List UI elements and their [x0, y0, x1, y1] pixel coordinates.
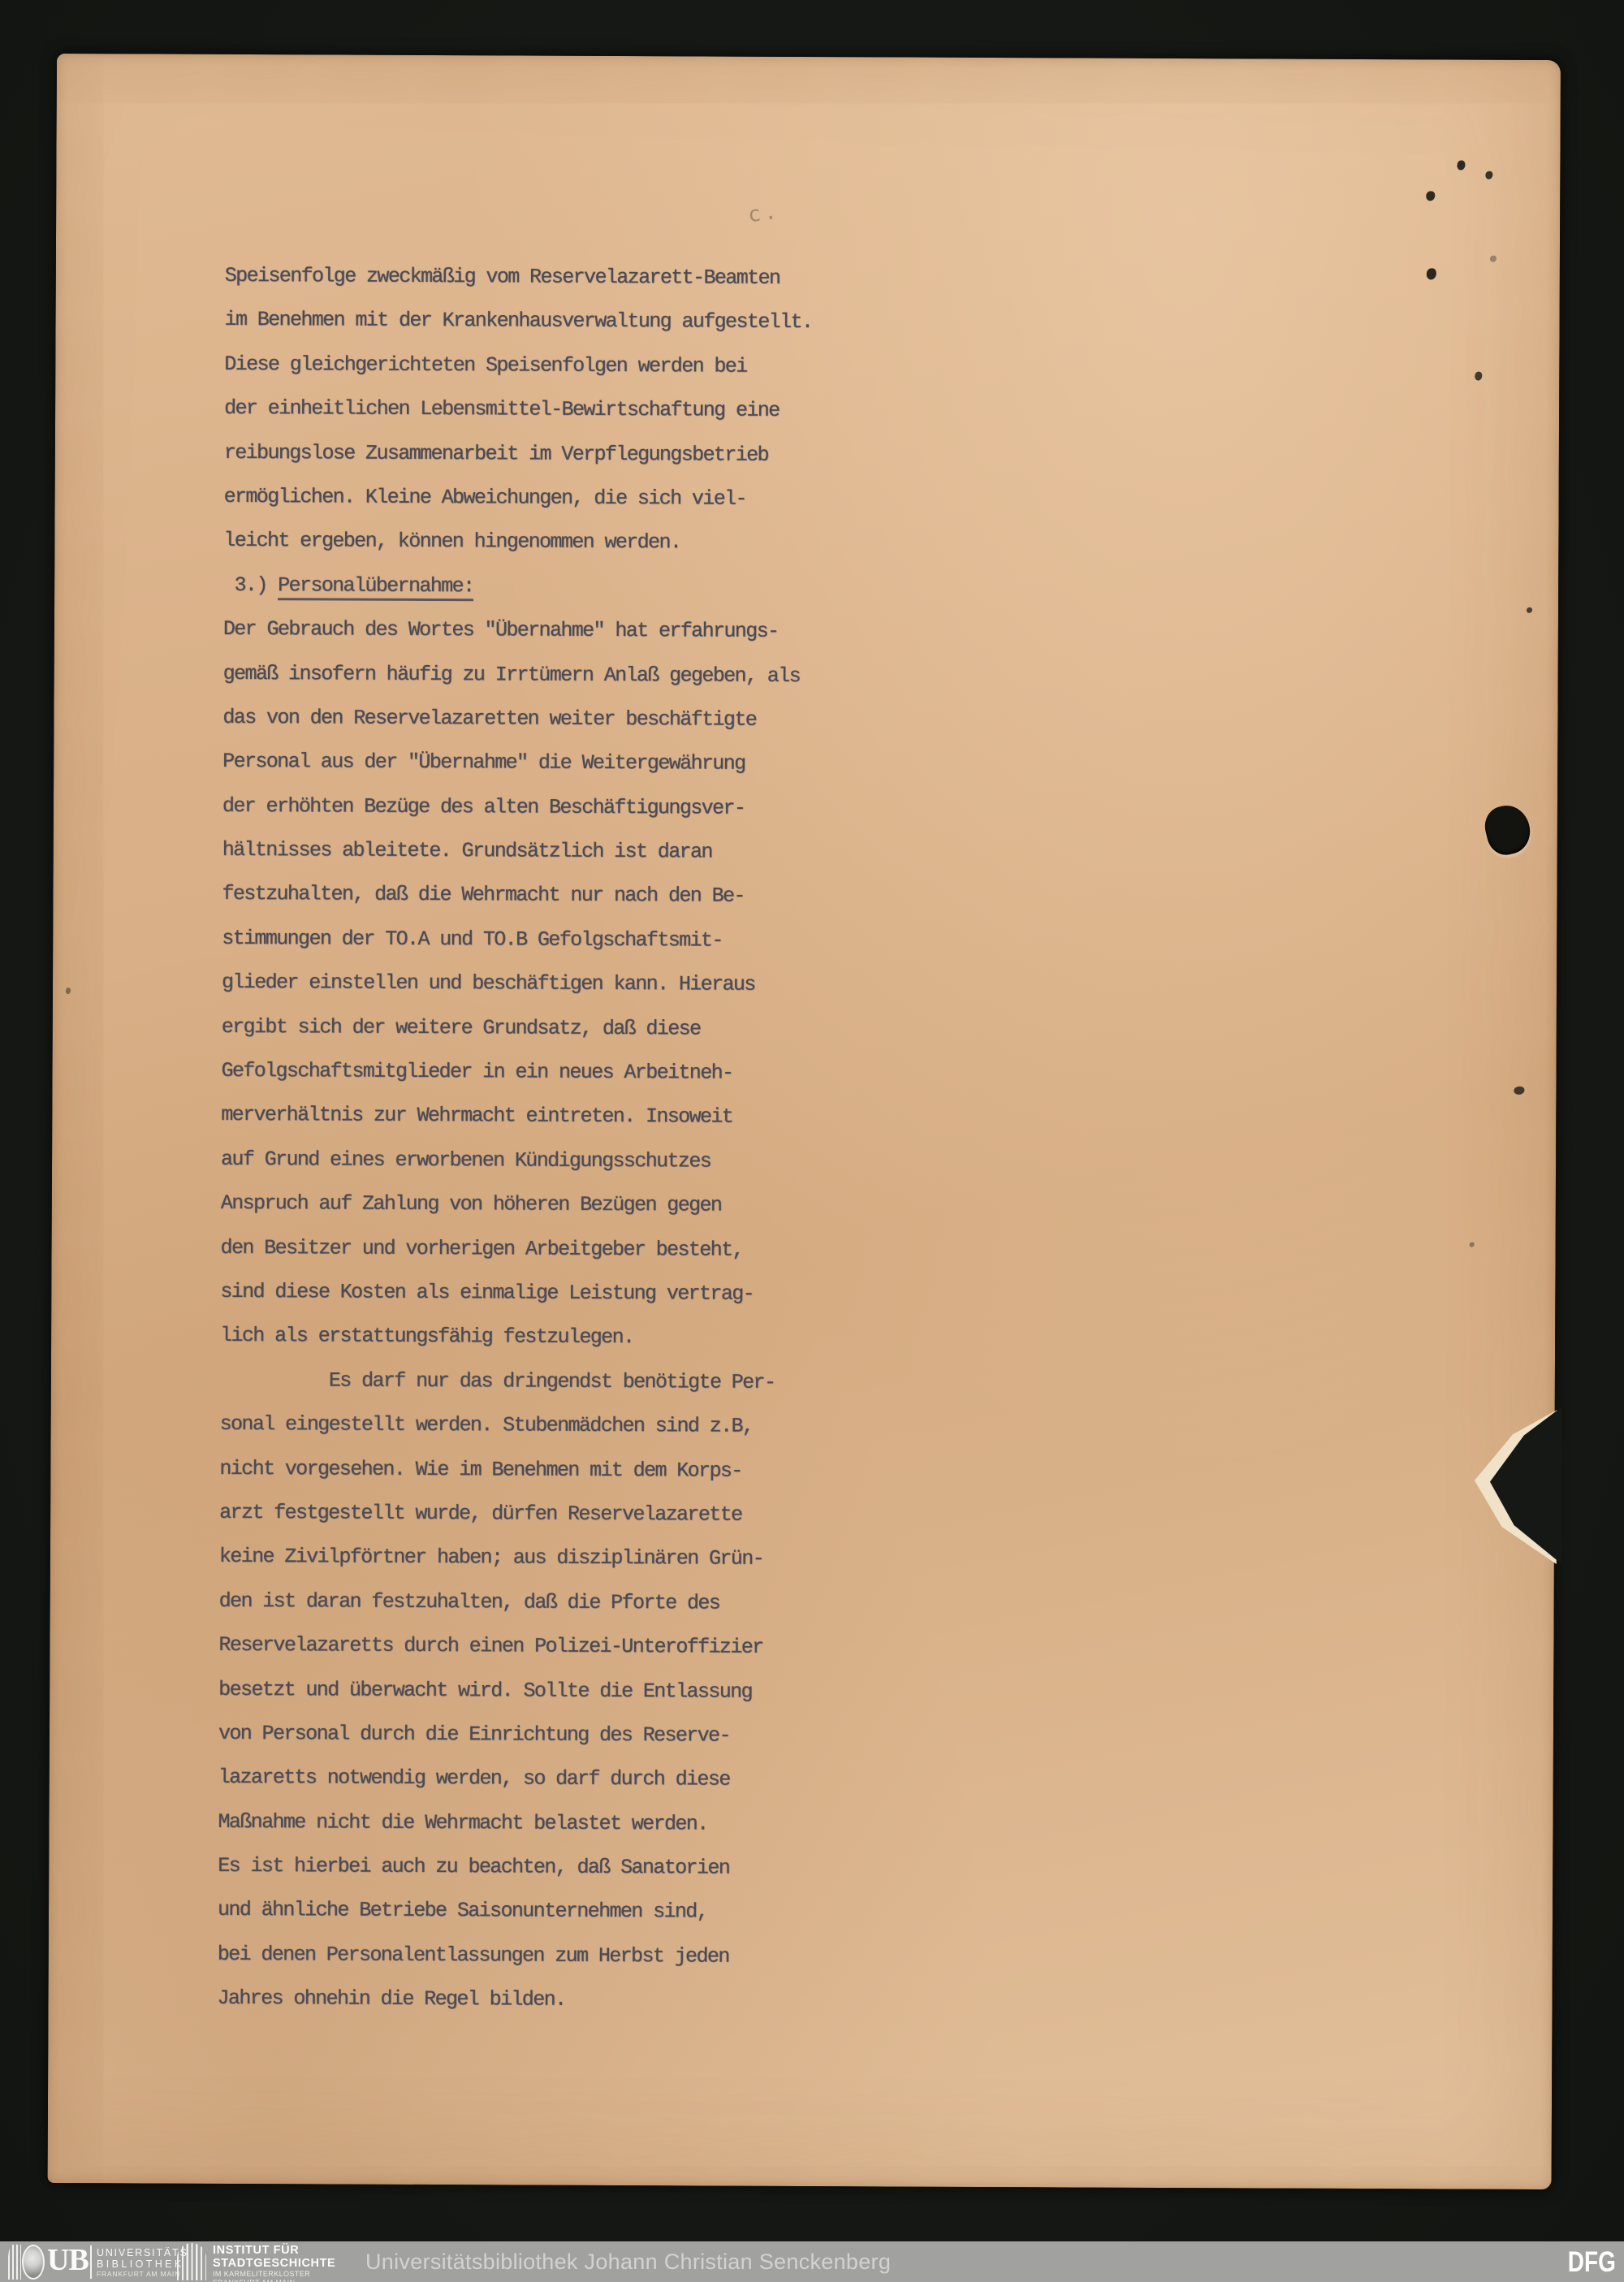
ub-logo-fan-icon	[8, 2245, 21, 2280]
text-line: stimmungen der TO.A und TO.B Gefolgschaf…	[222, 917, 839, 964]
paper-speck	[1475, 372, 1482, 381]
paper-speck	[1527, 607, 1532, 613]
text-line: Maßnahme nicht die Wehrmacht belastet we…	[218, 1800, 835, 1848]
text-line: Gefolgschaftsmitglieder in ein neues Arb…	[221, 1049, 838, 1096]
text-line: auf Grund eines erworbenen Kündigungssch…	[221, 1138, 838, 1185]
document-page: c. Speisenfolge zweckmäßig vom Reservela…	[48, 54, 1561, 2189]
text-line: das von den Reservelazaretten weiter bes…	[222, 696, 840, 743]
text-line: besetzt und überwacht wird. Sollte die E…	[218, 1667, 836, 1714]
text-line: sonal eingestellt werden. Stubenmädchen …	[220, 1402, 837, 1450]
punch-hole	[1480, 801, 1535, 858]
text-line: Anspruch auf Zahlung von höheren Bezügen…	[221, 1182, 838, 1229]
paper-speck	[1426, 191, 1435, 201]
text-line: 3.) Personalübernahme:	[223, 564, 840, 611]
text-line: sind diese Kosten als einmalige Leistung…	[220, 1270, 837, 1317]
text-line: Reservelazaretts durch einen Polizei-Unt…	[218, 1623, 836, 1670]
typewritten-text: Speisenfolge zweckmäßig vom Reservelazar…	[217, 254, 841, 2024]
footer-bar: UB UNIVERSITÄTS BIBLIOTHEK FRANKFURT AM …	[0, 2241, 1624, 2282]
text-line: Es darf nur das dringendst benötigte Per…	[220, 1359, 837, 1406]
library-credit-text: Universitätsbibliothek Johann Christian …	[365, 2250, 891, 2275]
text-line: den Besitzer und vorherigen Arbeitgeber …	[220, 1225, 837, 1273]
paper-speck	[1485, 171, 1492, 179]
text-line: keine Zivilpförtner haben; aus disziplin…	[219, 1535, 836, 1582]
institut-caption-line3: IM KARMELITERKLOSTER	[213, 2270, 335, 2279]
institut-caption-line4: FRANKFURT AM MAIN	[213, 2279, 335, 2282]
text-line: bei denen Personalentlassungen zum Herbs…	[218, 1933, 835, 1980]
institut-caption-line1: INSTITUT FÜR	[213, 2244, 335, 2257]
text-line: leicht ergeben, können hingenommen werde…	[223, 519, 840, 566]
text-line: lich als erstattungsfähig festzulegen.	[220, 1314, 837, 1361]
text-line: und ähnliche Betriebe Saisonunternehmen …	[218, 1888, 835, 1935]
text-line: arzt festgestellt wurde, dürfen Reservel…	[219, 1491, 836, 1538]
paper-speck	[1427, 268, 1436, 279]
text-line: reibungslose Zusammenarbeit im Verpflegu…	[224, 430, 841, 478]
section-heading: Personalübernahme:	[278, 573, 473, 601]
paper-speck	[1470, 1243, 1475, 1247]
paper-specks	[57, 54, 1561, 60]
text-line: ermöglichen. Kleine Abweichungen, die si…	[224, 475, 841, 522]
text-line: den ist daran festzuhalten, daß die Pfor…	[219, 1580, 836, 1627]
text-line: Personal aus der "Übernahme" die Weiterg…	[222, 740, 840, 787]
text-line: merverhältnis zur Wehrmacht eintreten. I…	[221, 1093, 838, 1140]
text-line: hältnisses ableitete. Grundsätzlich ist …	[222, 828, 840, 875]
text-line: Der Gebrauch des Wortes "Übernahme" hat …	[223, 607, 840, 655]
ub-caption-line1: UNIVERSITÄTS	[97, 2247, 188, 2258]
paper-speck	[1514, 1087, 1524, 1095]
paper-tear	[1451, 1410, 1557, 1565]
paper-speck	[1490, 256, 1497, 262]
text-line: Speisenfolge zweckmäßig vom Reservelazar…	[225, 254, 842, 301]
ub-logo-abbr: UB	[47, 2242, 89, 2278]
text-line: Jahres ohnehin die Regel bilden.	[217, 1977, 834, 2024]
text-line: Es ist hierbei auch zu beachten, daß San…	[218, 1844, 835, 1891]
ub-caption-line3: FRANKFURT AM MAIN	[97, 2270, 188, 2279]
text-line: von Personal durch die Einrichtung des R…	[218, 1712, 836, 1759]
institut-arch-icon	[177, 2243, 206, 2280]
text-line: lazaretts notwendig werden, so darf durc…	[218, 1756, 836, 1803]
ub-logo-divider	[90, 2245, 92, 2279]
text-line: ergibt sich der weitere Grundsatz, daß d…	[222, 1005, 839, 1052]
ub-logo-portrait-icon	[22, 2245, 45, 2280]
paper-tear-bite	[1456, 1407, 1562, 1567]
text-line: gemäß insofern häufig zu Irrtümern Anlaß…	[223, 651, 840, 698]
text-line: nicht vorgesehen. Wie im Benehmen mit de…	[219, 1446, 836, 1493]
ub-logo-caption: UNIVERSITÄTS BIBLIOTHEK FRANKFURT AM MAI…	[97, 2247, 188, 2279]
text-line: Diese gleichgerichteten Speisenfolgen we…	[224, 343, 841, 390]
text-line: glieder einstellen und beschäftigen kann…	[222, 961, 839, 1008]
pencil-mark: c.	[746, 199, 781, 227]
text-line: der erhöhten Bezüge des alten Beschäftig…	[222, 784, 840, 832]
dfg-logo: DFG	[1568, 2246, 1616, 2279]
ub-caption-line2: BIBLIOTHEK	[97, 2258, 188, 2270]
text-line: im Benehmen mit der Krankenhausverwaltun…	[224, 298, 841, 345]
text-line: festzuhalten, daß die Wehrmacht nur nach…	[222, 872, 839, 919]
institut-caption-line2: STADTGESCHICHTE	[213, 2257, 335, 2270]
institut-logo-caption: INSTITUT FÜR STADTGESCHICHTE IM KARMELIT…	[213, 2244, 335, 2282]
text-line: der einheitlichen Lebensmittel-Bewirtsch…	[224, 387, 841, 434]
paper-speck	[1457, 161, 1465, 171]
paper-speck	[66, 988, 71, 994]
